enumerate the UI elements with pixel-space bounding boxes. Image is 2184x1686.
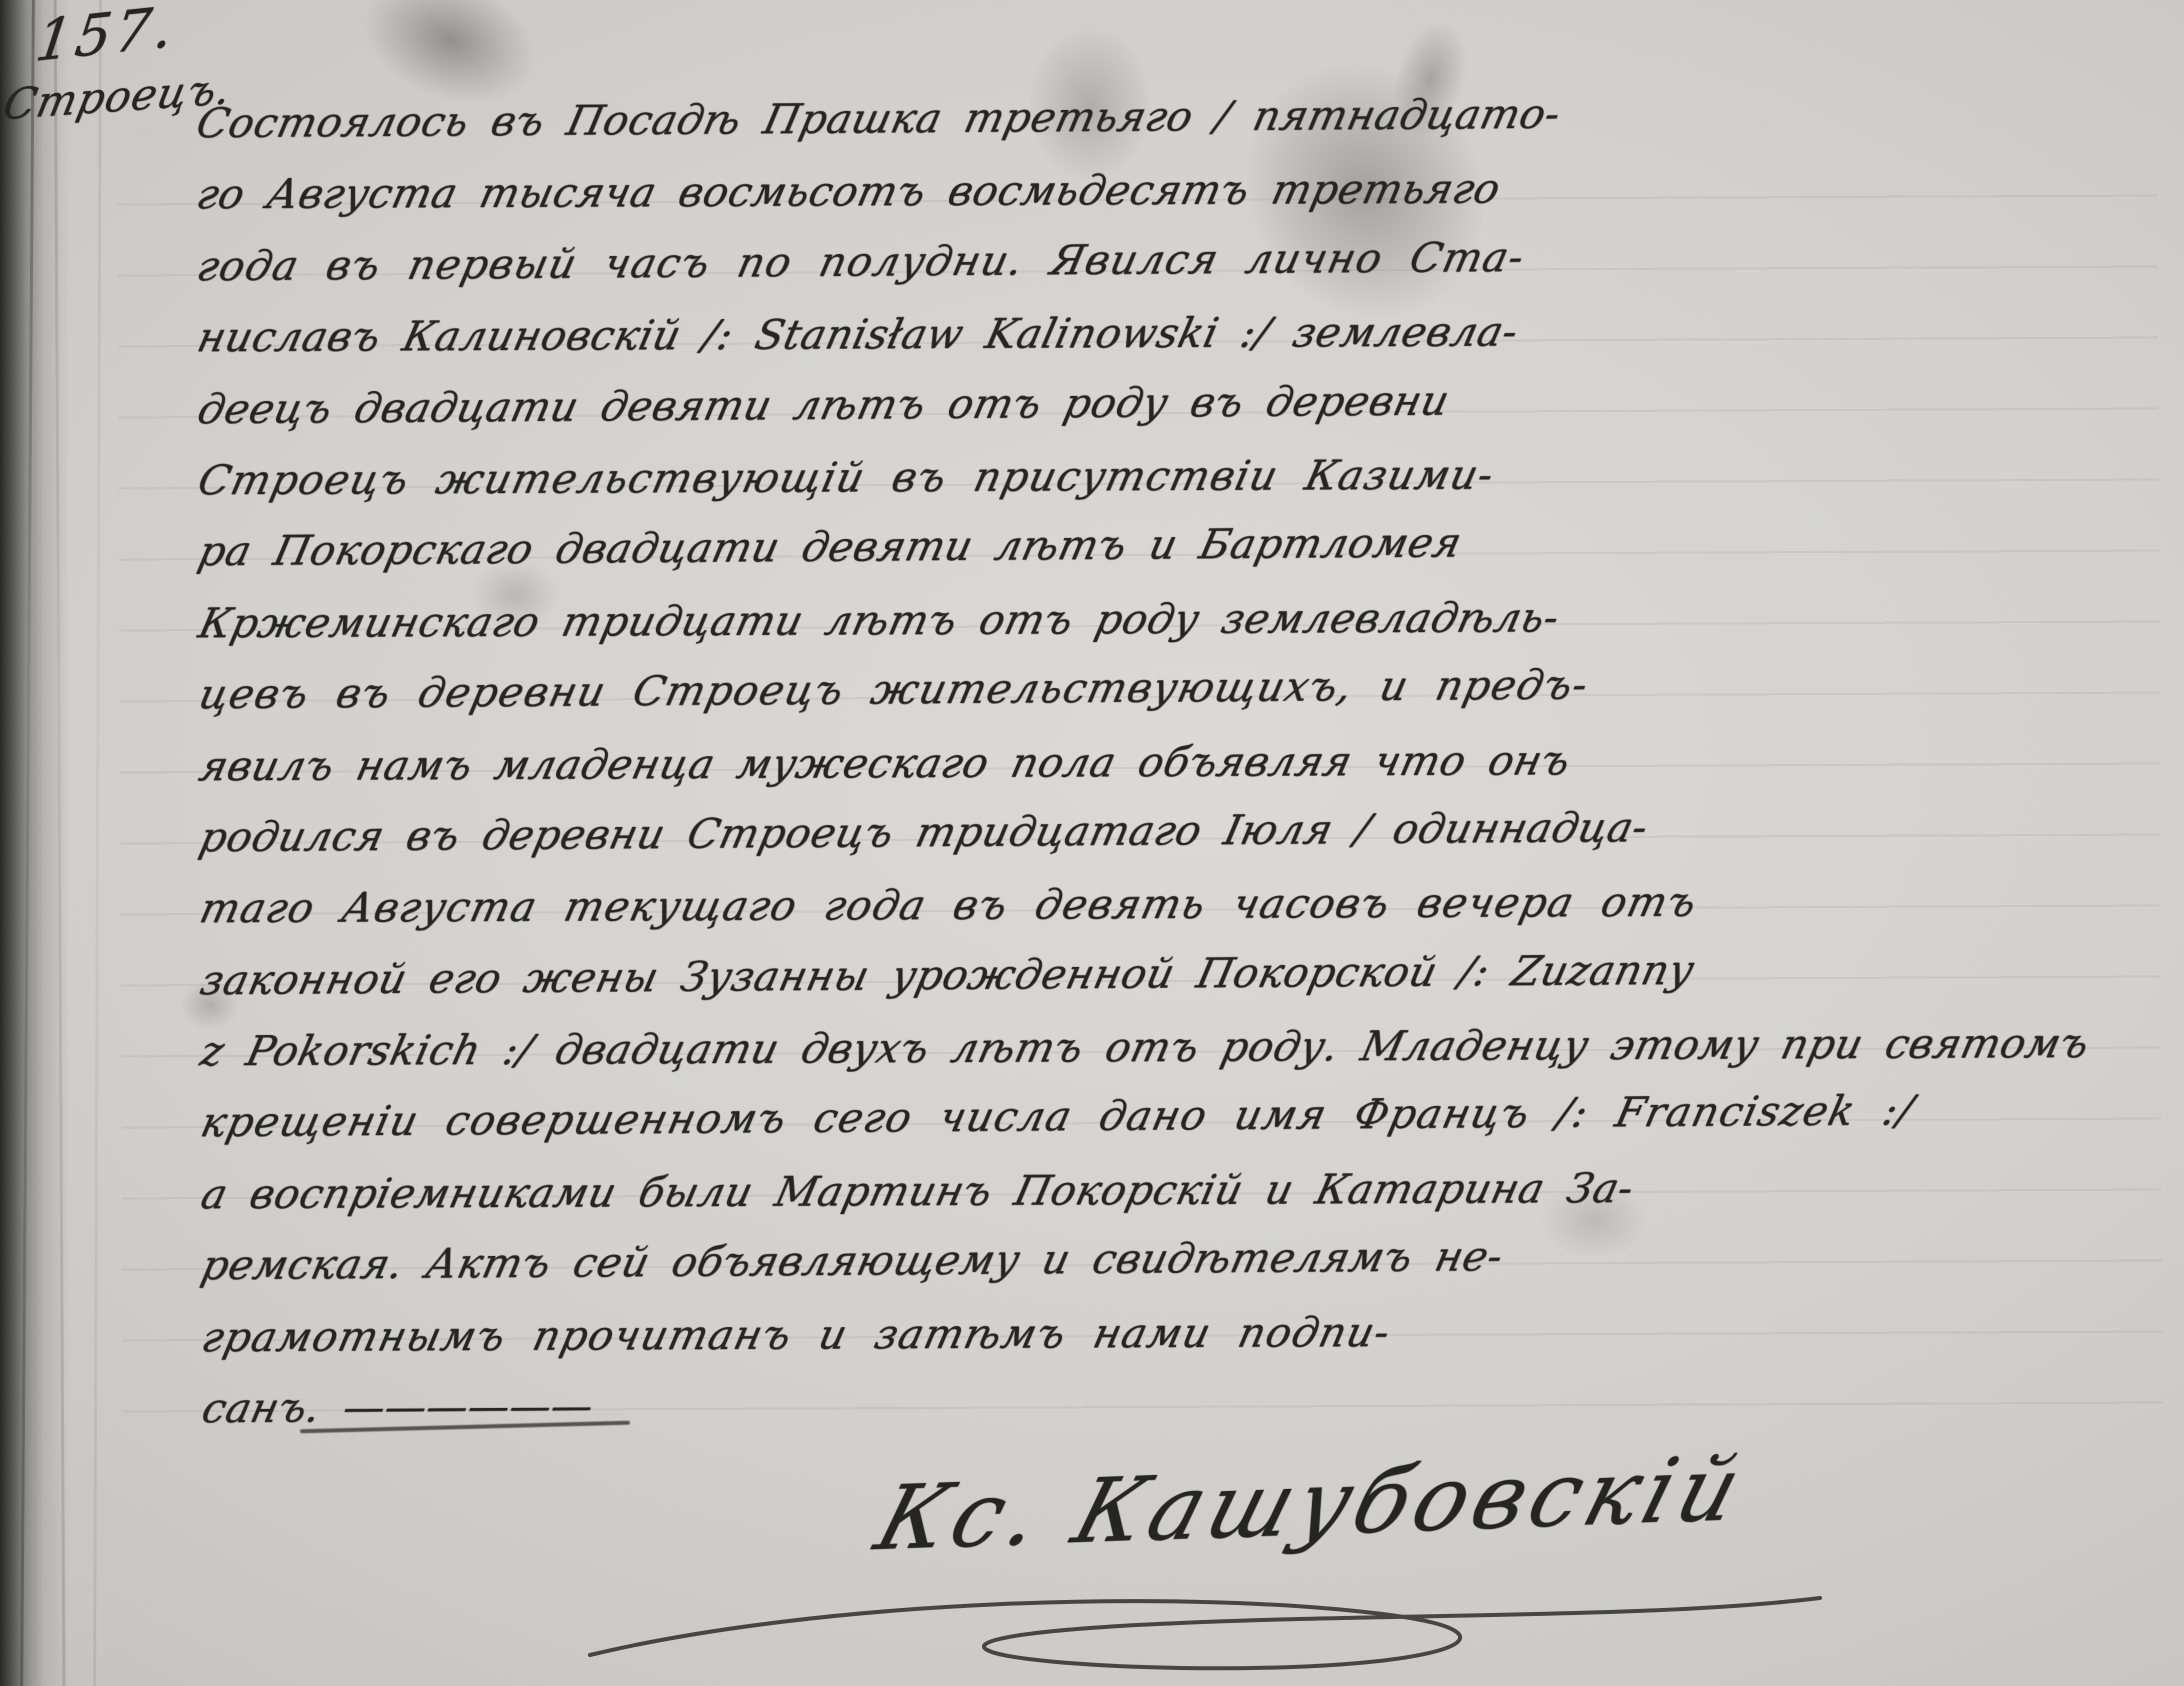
body-line: деецъ двадцати девяти лѣтъ отъ роду въ д… [191,360,2184,445]
body-line: санъ. —————— [195,1359,2184,1444]
body-line: ремская. Актъ сей объявляющему и свидѣте… [194,1217,2184,1302]
scanned-page: 157. Строецъ. Состоялось въ Посадѣ Прашк… [0,0,2184,1686]
body-line: цевъ въ деревни Строецъ жительствующихъ,… [192,646,2184,731]
record-body-text: Состоялось въ Посадѣ Прашка третьяго / п… [189,80,2180,1445]
body-line: ра Покорскаго двадцати девяти лѣтъ и Бар… [191,503,2184,588]
record-number: 157. [32,0,181,75]
body-line: родился въ деревни Строецъ тридцатаго Ію… [192,788,2184,873]
signature-flourish [560,1560,1860,1686]
priest-signature: Кс. Кашубовскій [865,1436,1757,1570]
body-line: года въ первый часъ по полудни. Явился л… [190,217,2184,302]
body-line: законной его жены Зузанны урожденной Пок… [193,931,2184,1016]
page-crease [93,0,102,1686]
body-line: Состоялось въ Посадѣ Прашка третьяго / п… [189,74,2184,159]
body-line: крещеніи совершенномъ сего числа дано им… [194,1074,2184,1159]
